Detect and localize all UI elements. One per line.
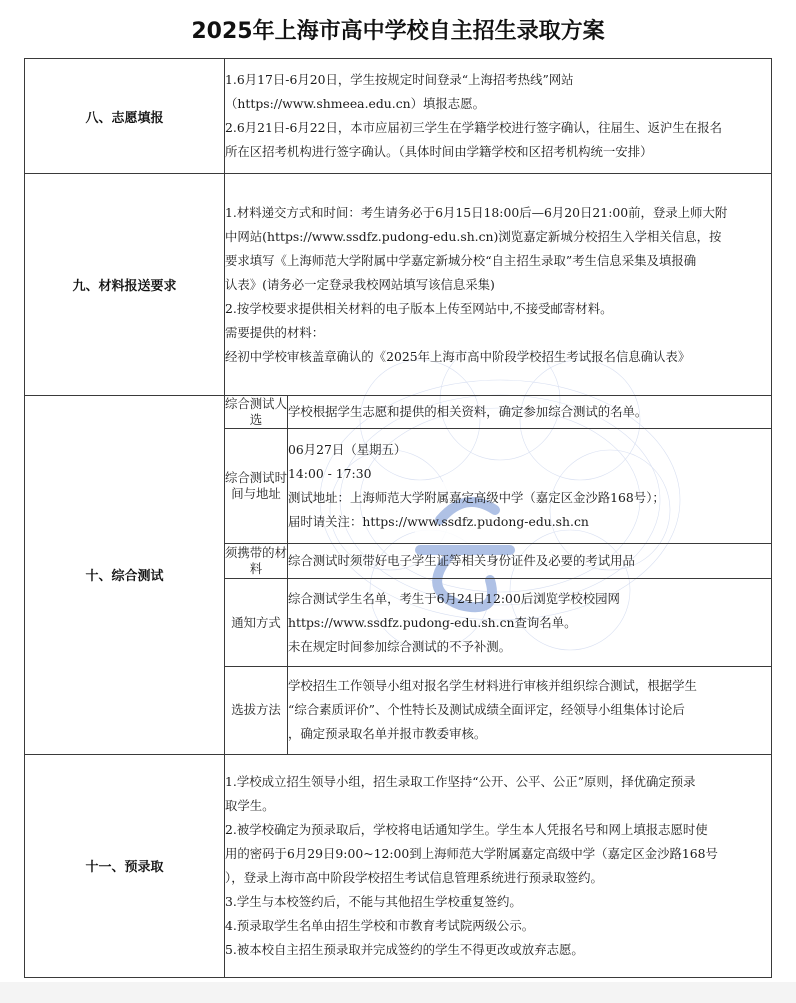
content-line: 综合测试时须带好电子学生证等相关身份证件及必要的考试用品 [288,549,771,573]
content-line: 测试地址：上海师范大学附属嘉定高级中学（嘉定区金沙路168号）； [288,486,771,510]
subrow-label: 通知方式 [225,579,288,667]
page-bottom-margin [0,982,796,1003]
subrow-content: 学校招生工作领导小组对报名学生材料进行审核并组织综合测试，根据学生 “综合素质评… [288,667,772,754]
content-line: 要求填写《上海师范大学附属中学嘉定新城分校“自主招生录取”考生信息采集及填报确 [225,249,771,273]
content-line: ，确定预录取名单并报市教委审核。 [288,722,771,746]
content-line: 1.学校成立招生领导小组，招生录取工作坚持“公开、公平、公正”原则，择优确定预录 [225,770,771,794]
section-heading: 十、综合测试 [25,396,225,755]
content-line: 1.材料递交方式和时间：考生请务必于6月15日18:00后—6月20日21:00… [225,201,771,225]
section-row-volunteer-filling: 八、志愿填报 1.6月17日-6月20日，学生按规定时间登录“上海招考热线”网站… [25,59,772,174]
section-content: 1.学校成立招生领导小组，招生录取工作坚持“公开、公平、公正”原则，择优确定预录… [225,754,772,977]
subrow-label: 选拔方法 [225,667,288,754]
section-content: 1.材料递交方式和时间：考生请务必于6月15日18:00后—6月20日21:00… [225,174,772,396]
content-line: 学校根据学生志愿和提供的相关资料，确定参加综合测试的名单。 [288,400,771,424]
content-line: 届时请关注：https://www.ssdfz.pudong-edu.sh.cn [288,510,771,534]
content-line: （https://www.shmeea.edu.cn）填报志愿。 [225,92,771,116]
section-row-materials: 九、材料报送要求 1.材料递交方式和时间：考生请务必于6月15日18:00后—6… [25,174,772,396]
section-heading: 十一、预录取 [25,754,225,977]
subrow: 须携带的材料 综合测试时须带好电子学生证等相关身份证件及必要的考试用品 [225,544,771,579]
content-line: 学校招生工作领导小组对报名学生材料进行审核并组织综合测试，根据学生 [288,674,771,698]
content-line: 2.被学校确定为预录取后，学校将电话通知学生。学生本人凭报名号和网上填报志愿时使 [225,818,771,842]
subrow: 综合测试人选 学校根据学生志愿和提供的相关资料，确定参加综合测试的名单。 [225,396,771,429]
content-line: ），登录上海市高中阶段学校招生考试信息管理系统进行预录取签约。 [225,866,771,890]
subrow-content: 综合测试学生名单，考生于6月24日12:00后浏览学校校园网 https://w… [288,579,772,667]
content-line: 未在规定时间参加综合测试的不予补测。 [288,635,771,659]
admission-plan-table: 八、志愿填报 1.6月17日-6月20日，学生按规定时间登录“上海招考热线”网站… [24,58,772,978]
subrow: 综合测试时间与地址 06月27日（星期五） 14:00 - 17:30 测试地址… [225,429,771,544]
content-line: 2.按学校要求提供相关材料的电子版本上传至网站中,不接受邮寄材料。 [225,297,771,321]
subrow-label: 综合测试时间与地址 [225,429,288,544]
content-line: 所在区招考机构进行签字确认。（具体时间由学籍学校和区招考机构统一安排） [225,140,771,164]
section-row-comprehensive-test: 十、综合测试 综合测试人选 学校根据学生志愿和提供的相关资料，确定参加综合测试的… [25,396,772,755]
section-content: 综合测试人选 学校根据学生志愿和提供的相关资料，确定参加综合测试的名单。 综合测… [225,396,772,755]
content-line: 综合测试学生名单，考生于6月24日12:00后浏览学校校园网 [288,587,771,611]
subrow-content: 学校根据学生志愿和提供的相关资料，确定参加综合测试的名单。 [288,396,772,429]
content-line: 中网站(https://www.ssdfz.pudong-edu.sh.cn)浏… [225,225,771,249]
subrow-content: 06月27日（星期五） 14:00 - 17:30 测试地址：上海师范大学附属嘉… [288,429,772,544]
content-line: 经初中学校审核盖章确认的《2025年上海市高中阶段学校招生考试报名信息确认表》 [225,345,771,369]
content-line: 06月27日（星期五） [288,438,771,462]
content-line: https://www.ssdfz.pudong-edu.sh.cn查询名单。 [288,611,771,635]
section-row-pre-admission: 十一、预录取 1.学校成立招生领导小组，招生录取工作坚持“公开、公平、公正”原则… [25,754,772,977]
subrow-label: 须携带的材料 [225,544,288,579]
subrow: 通知方式 综合测试学生名单，考生于6月24日12:00后浏览学校校园网 http… [225,579,771,667]
content-line: 需要提供的材料： [225,321,771,345]
content-line: 4.预录取学生名单由招生学校和市教育考试院两级公示。 [225,914,771,938]
content-line: 认表》(请务必一定登录我校网站填写该信息采集) [225,273,771,297]
subrow-content: 综合测试时须带好电子学生证等相关身份证件及必要的考试用品 [288,544,772,579]
content-line: 14:00 - 17:30 [288,462,771,486]
content-line: 2.6月21日-6月22日，本市应届初三学生在学籍学校进行签字确认，往届生、返沪… [225,116,771,140]
section-content: 1.6月17日-6月20日，学生按规定时间登录“上海招考热线”网站 （https… [225,59,772,174]
subrow-label: 综合测试人选 [225,396,288,429]
section-heading: 八、志愿填报 [25,59,225,174]
content-line: 用的密码于6月29日9:00~12:00到上海师范大学附属嘉定高级中学（嘉定区金… [225,842,771,866]
content-line: 3.学生与本校签约后，不能与其他招生学校重复签约。 [225,890,771,914]
content-line: 取学生。 [225,794,771,818]
content-line: 1.6月17日-6月20日，学生按规定时间登录“上海招考热线”网站 [225,68,771,92]
document-title: 2025年上海市高中学校自主招生录取方案 [0,14,796,45]
content-line: 5.被本校自主招生预录取并完成签约的学生不得更改或放弃志愿。 [225,938,771,962]
comprehensive-test-subtable: 综合测试人选 学校根据学生志愿和提供的相关资料，确定参加综合测试的名单。 综合测… [225,396,771,754]
subrow: 选拔方法 学校招生工作领导小组对报名学生材料进行审核并组织综合测试，根据学生 “… [225,667,771,754]
section-heading: 九、材料报送要求 [25,174,225,396]
content-line: “综合素质评价”、个性特长及测试成绩全面评定，经领导小组集体讨论后 [288,698,771,722]
